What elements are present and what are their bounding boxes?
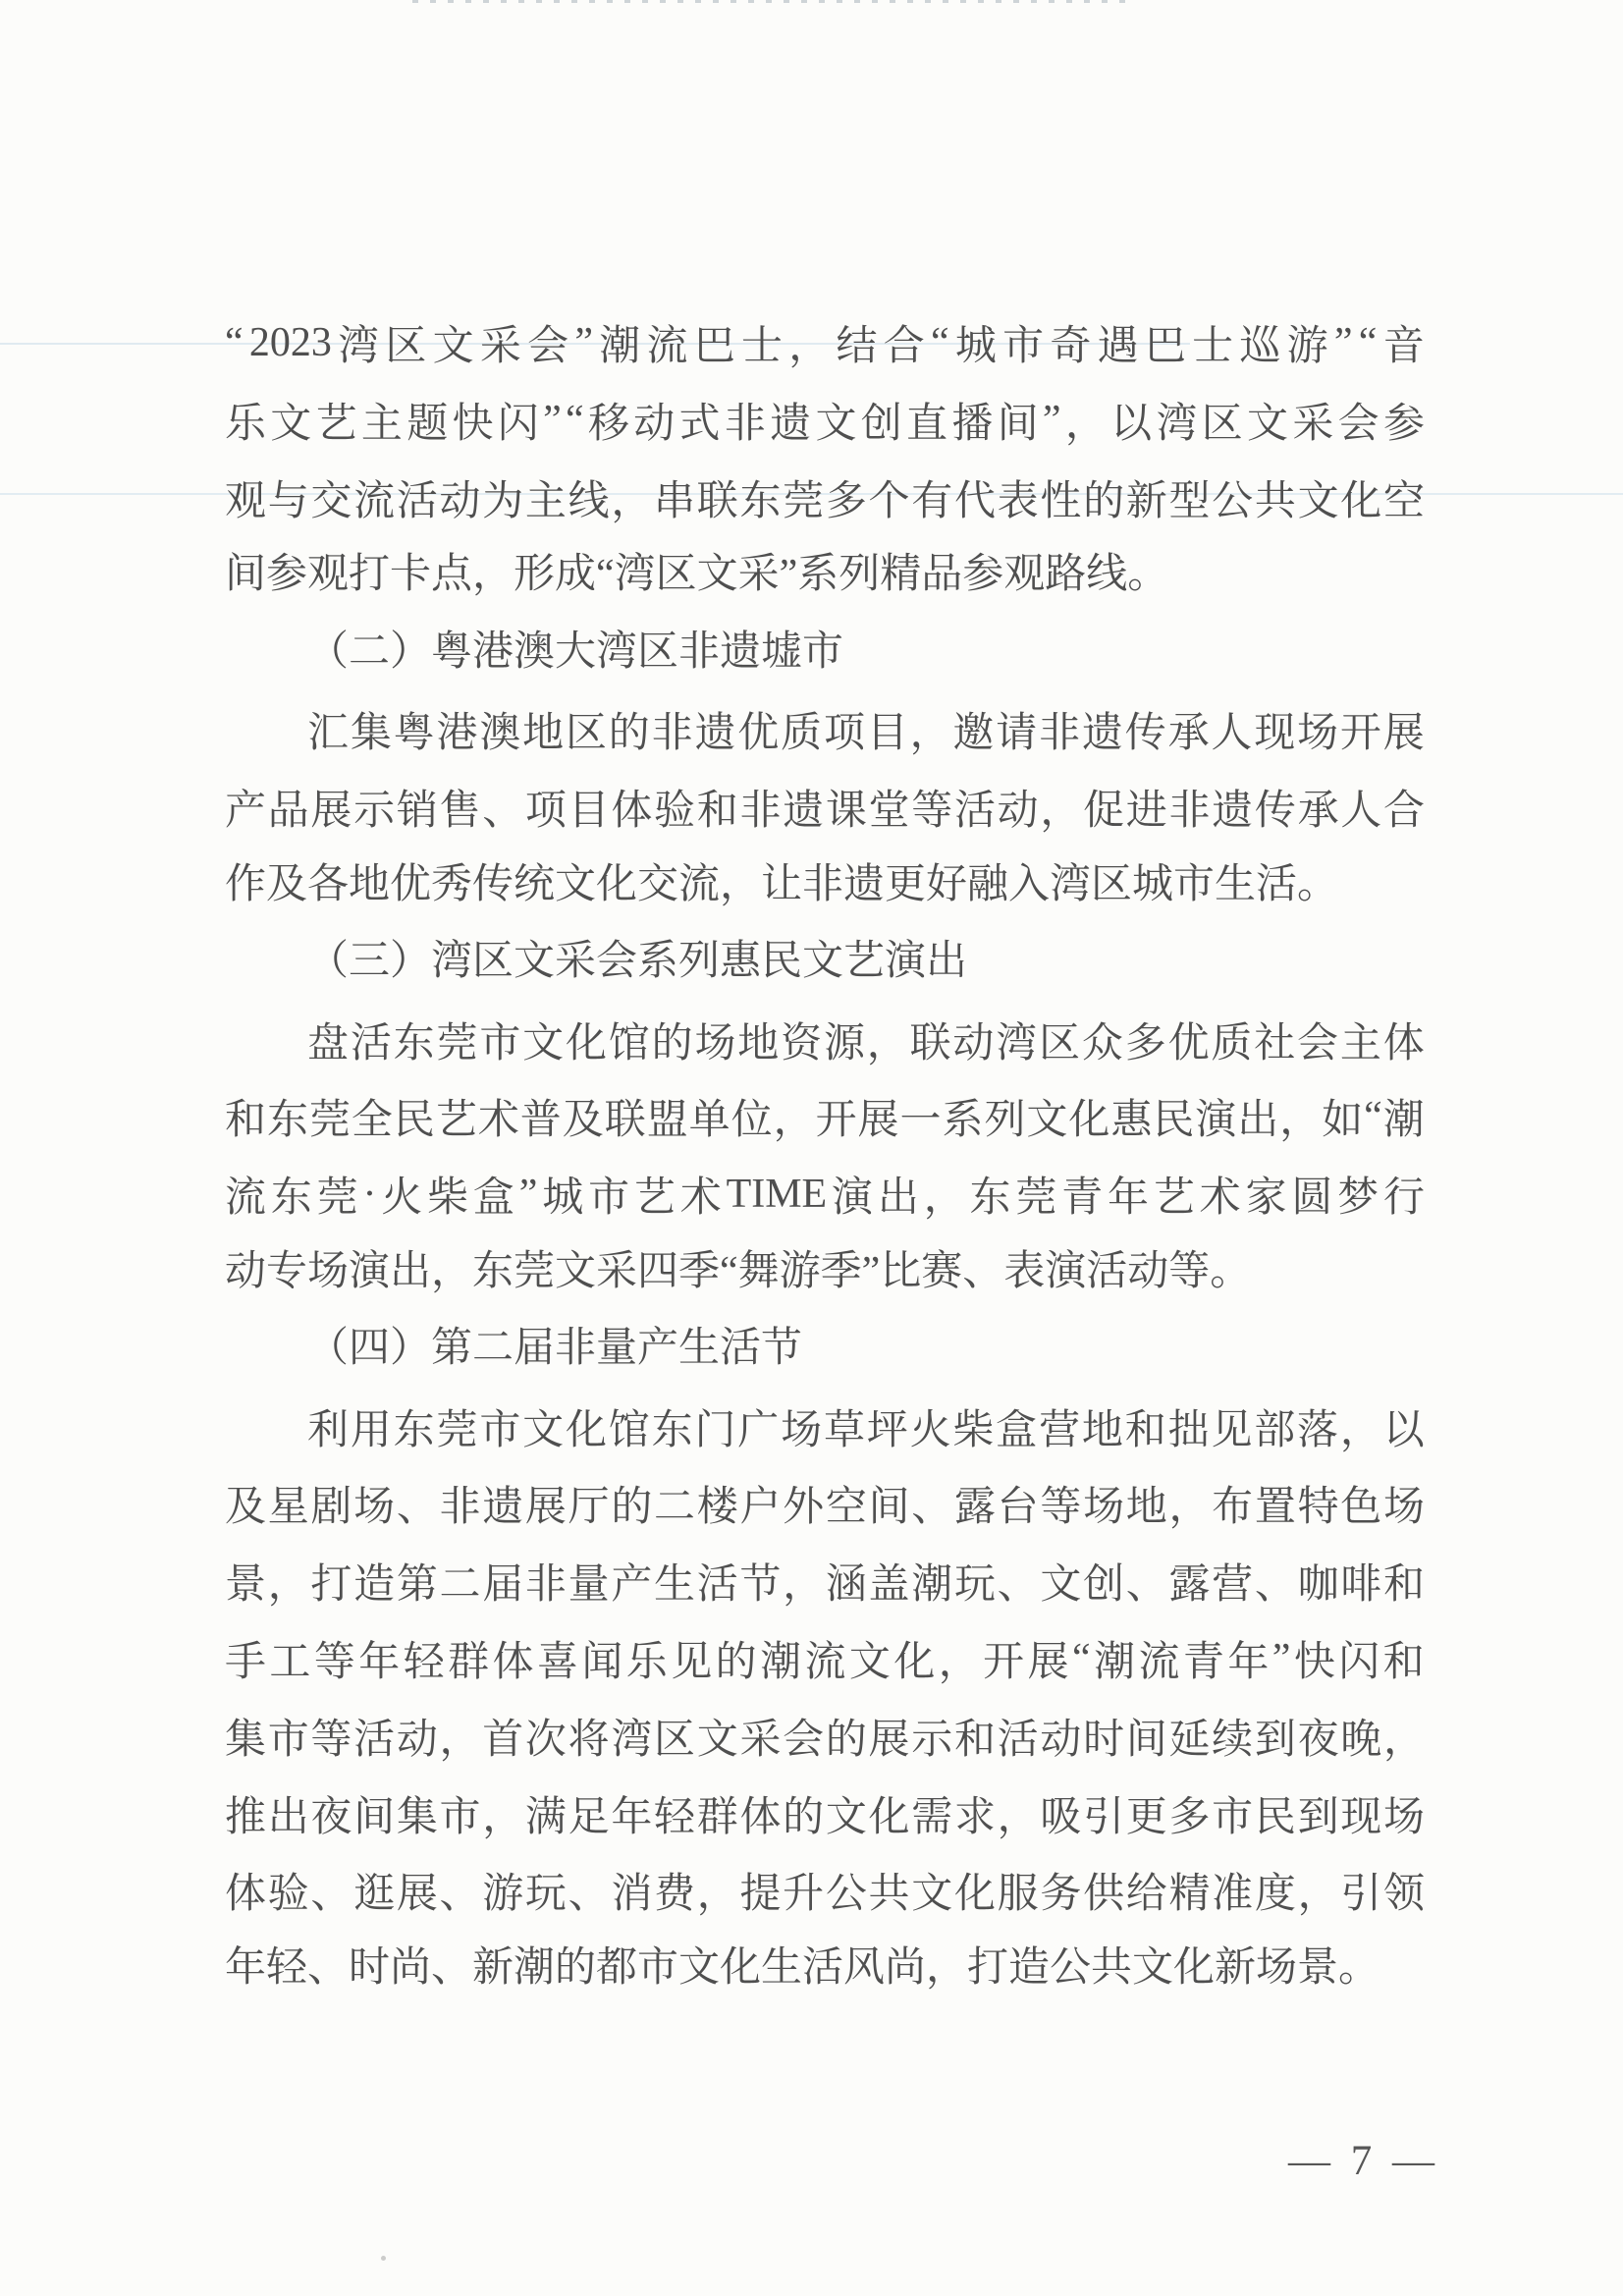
paragraph-heritage-market: 汇集粤港澳地区的非遗优质项目，邀请非遗传承人现场开展产品展示销售、项目体验和非遗…: [225, 691, 1425, 923]
text-line: 手工等年轻群体喜闻乐见的潮流文化，开展“潮流青年”快闪和: [225, 1620, 1425, 1698]
text-line: 汇集粤港澳地区的非遗优质项目，邀请非遗传承人现场开展: [225, 691, 1425, 769]
text-line: 盘活东莞市文化馆的场地资源，联动湾区众多优质社会主体: [225, 1001, 1425, 1078]
text-line: 利用东莞市文化馆东门广场草坪火柴盒营地和拙见部落，以: [225, 1388, 1425, 1465]
text-line: 观与交流活动为主线，串联东莞多个有代表性的新型公共文化空: [225, 460, 1425, 537]
text-line: 年轻、时尚、新潮的都市文化生活风尚，打造公共文化新场景。: [225, 1930, 1425, 2007]
section-heading-3: （三）湾区文采会系列惠民文艺演出: [225, 923, 1425, 1001]
document-body: “2023湾区文采会”潮流巴士，结合“城市奇遇巴士巡游”“音乐文艺主题快闪”“移…: [225, 304, 1425, 2007]
text-line: 集市等活动，首次将湾区文采会的展示和活动时间延续到夜晚，: [225, 1697, 1425, 1775]
paragraph-bay-area-bus: “2023湾区文采会”潮流巴士，结合“城市奇遇巴士巡游”“音乐文艺主题快闪”“移…: [225, 304, 1425, 614]
text-line: 景，打造第二届非量产生活节，涵盖潮玩、文创、露营、咖啡和: [225, 1543, 1425, 1620]
scan-artifact-dot: [381, 2256, 386, 2261]
paragraph-life-festival: 利用东莞市文化馆东门广场草坪火柴盒营地和拙见部落，以及星剧场、非遗展厅的二楼户外…: [225, 1388, 1425, 2006]
text-line: 及星剧场、非遗展厅的二楼户外空间、露台等场地，布置特色场: [225, 1465, 1425, 1543]
section-heading-2: （二）粤港澳大湾区非遗墟市: [225, 614, 1425, 691]
section-heading-4: （四）第二届非量产生活节: [225, 1310, 1425, 1388]
text-line: “2023湾区文采会”潮流巴士，结合“城市奇遇巴士巡游”“音: [225, 304, 1425, 382]
section-heading-line: （四）第二届非量产生活节: [225, 1310, 1425, 1388]
section-heading-line: （三）湾区文采会系列惠民文艺演出: [225, 923, 1425, 1001]
text-line: 作及各地优秀传统文化交流，让非遗更好融入湾区城市生活。: [225, 847, 1425, 924]
text-line: 乐文艺主题快闪”“移动式非遗文创直播间”，以湾区文采会参: [225, 382, 1425, 460]
text-line: 推出夜间集市，满足年轻群体的文化需求，吸引更多市民到现场: [225, 1775, 1425, 1852]
page-number-label: — 7 —: [1288, 2138, 1439, 2184]
page-number: — 7 —: [1288, 2137, 1439, 2185]
paragraph-benefit-performances: 盘活东莞市文化馆的场地资源，联动湾区众多优质社会主体和东莞全民艺术普及联盟单位，…: [225, 1001, 1425, 1310]
text-line: 流东莞·火柴盒”城市艺术TIME演出，东莞青年艺术家圆梦行: [225, 1156, 1425, 1233]
text-line: 和东莞全民艺术普及联盟单位，开展一系列文化惠民演出，如“潮: [225, 1078, 1425, 1156]
scan-artifact-top-edge: [412, 0, 1134, 3]
text-line: 产品展示销售、项目体验和非遗课堂等活动，促进非遗传承人合: [225, 769, 1425, 847]
scanned-document-page: “2023湾区文采会”潮流巴士，结合“城市奇遇巴士巡游”“音乐文艺主题快闪”“移…: [0, 0, 1623, 2296]
text-line: 间参观打卡点，形成“湾区文采”系列精品参观路线。: [225, 536, 1425, 614]
section-heading-line: （二）粤港澳大湾区非遗墟市: [225, 614, 1425, 691]
text-line: 体验、逛展、游玩、消费，提升公共文化服务供给精准度，引领: [225, 1852, 1425, 1930]
text-line: 动专场演出，东莞文采四季“舞游季”比赛、表演活动等。: [225, 1233, 1425, 1311]
